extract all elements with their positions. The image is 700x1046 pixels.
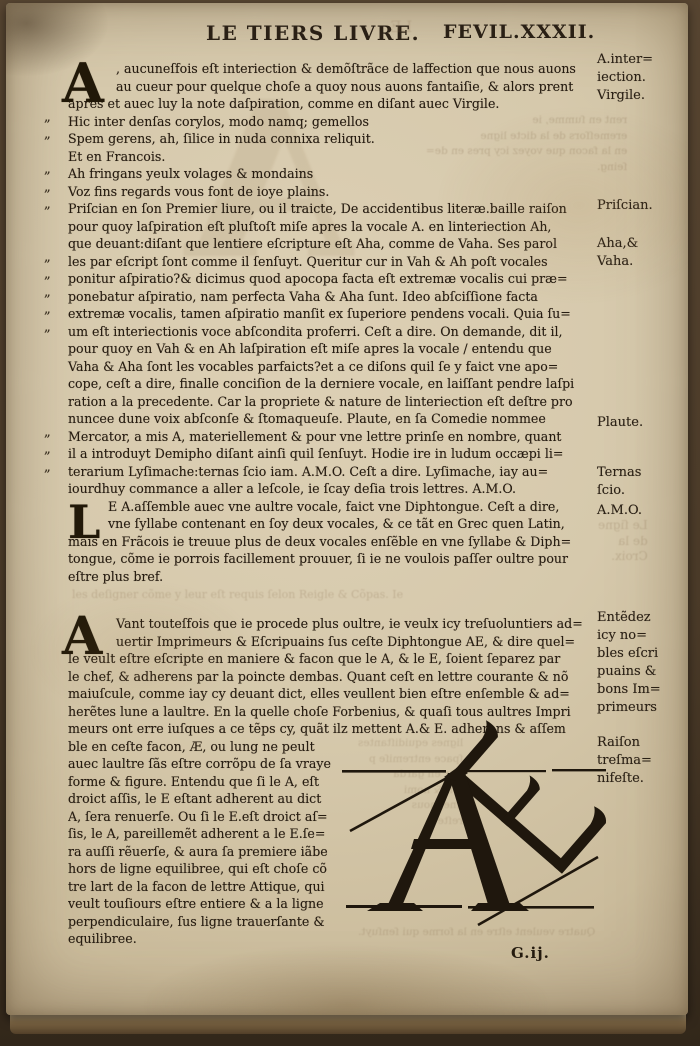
bleedthrough-text: LE (390, 19, 412, 35)
margin-note-line: Vaha. (597, 253, 638, 271)
text-line: uertir Imprimeurs & Eſcripuains ſus ceſt… (116, 633, 592, 651)
text-line: mais en Frãcois ie treuue plus de deux v… (68, 533, 592, 551)
quote-mark: „ (44, 424, 51, 442)
text-line-content: ra auſſi rẽuerſe, & aura ſa premiere iãb… (68, 844, 328, 859)
text-line-content: ble en ceſte facon, Æ, ou lung ne peult (68, 739, 315, 754)
text-line-content: tongue, cõme ie porrois facillement prou… (68, 551, 568, 566)
text-line-content: Hic inter denſas corylos, modo namq; gem… (68, 114, 369, 129)
quote-mark: „ (44, 319, 51, 337)
text-line: ble en ceſte facon, Æ, ou lung ne peult (68, 738, 386, 756)
quote-mark: „ (44, 266, 51, 284)
text-line-content: il a introduyt Demipho diſant ainſi quil… (68, 446, 563, 461)
text-line: perpendiculaire, ſus ligne trauerſante & (68, 913, 386, 931)
text-line: „Priſcian en ſon Premier liure, ou il tr… (68, 200, 592, 218)
text-line: „um eſt interiectionis voce abſcondita p… (68, 323, 592, 341)
text-line-content: ſis, le A, pareillemẽt adherent a le E.ſ… (68, 826, 325, 841)
quote-mark: „ (44, 161, 51, 179)
margin-note-line: iection. (597, 69, 653, 87)
text-line: forme & figure. Entendu que ſi le A, eſt (68, 773, 386, 791)
text-line: ſis, le A, pareillemẽt adherent a le E.ſ… (68, 825, 386, 843)
text-line: „extremæ vocalis, tamen aſpiratio manſit… (68, 305, 592, 323)
text-line-content: au cueur pour quelque choſe a quoy nous … (116, 79, 573, 94)
text-line: „Mercator, a mis A, materiellement & pou… (68, 428, 592, 446)
letter-A (367, 767, 529, 911)
margin-note: Plaute. (597, 414, 643, 432)
drop-cap: A (62, 56, 104, 110)
text-line: „terarium Lyſimache:ternas ſcio iam. A.M… (68, 463, 592, 481)
text-line-content: Ah fringans yeulx volages & mondains (68, 166, 313, 181)
margin-note: Priſcian. (597, 197, 653, 215)
text-line-content: iourdhuy commance a aller a leſcole, ie … (68, 481, 516, 496)
text-line: vne ſyllabe contenant en ſoy deux vocale… (108, 515, 592, 533)
text-line: droict aſſis, le E eſtant adherent au di… (68, 790, 386, 808)
text-line-content: veult touſiours eſtre entiere & a la lig… (68, 896, 324, 911)
margin-note: A.inter=iection.Virgile. (597, 51, 653, 105)
text-line: le chef, & adherens par la poincte demba… (68, 668, 592, 686)
quote-mark: „ (44, 301, 51, 319)
text-line-content: E A.aſſemble auec vne aultre vocale, fai… (108, 499, 559, 514)
bleedthrough-text: Le ſignede laCroix. (598, 518, 648, 565)
margin-note-line: puains & (597, 663, 661, 681)
text-line-content: ponitur aſpiratio?& dicimus quod apocopa… (68, 271, 568, 286)
text-line: iourdhuy commance a aller a leſcole, ie … (68, 480, 592, 498)
running-header: LE TIERS LIVRE. FEVIL.XXXII. (6, 21, 688, 47)
text-line: „ponitur aſpiratio?& dicimus quod apocop… (68, 270, 592, 288)
margin-note-line: Plaute. (597, 414, 643, 432)
margin-note-line: Ternas (597, 464, 641, 482)
margin-note-line: Priſcian. (597, 197, 653, 215)
signature-mark: G.ij. (511, 944, 550, 962)
text-line: eſtre plus bref. (68, 568, 592, 586)
margin-note: Ternasſcio. (597, 464, 641, 500)
quote-mark: „ (44, 441, 51, 459)
text-line: „il a introduyt Demipho diſant ainſi qui… (68, 445, 592, 463)
text-line: veult touſiours eſtre entiere & a la lig… (68, 895, 386, 913)
ae-ligature-figure (340, 719, 608, 969)
text-line-content: que deuant:diſant que lentiere eſcriptur… (68, 236, 557, 251)
margin-note-line: bles eſcri (597, 645, 661, 663)
margin-note: Aha,&Vaha. (597, 235, 638, 271)
margin-note-line: Virgile. (597, 87, 653, 105)
photo-background: A LE TIERS LIVRE. FEVIL.XXXII. , aucuneſ… (0, 0, 700, 1046)
bleedthrough-text: les deſigner cõme y leur eſt requis ſelo… (72, 587, 403, 603)
book-page: A LE TIERS LIVRE. FEVIL.XXXII. , aucuneſ… (6, 3, 688, 1015)
text-line: cope, ceſt a dire, finalle conciſion de … (68, 375, 592, 393)
text-line-content: nuncee dune voix abſconſe & ſtomaqueuſe.… (68, 411, 546, 426)
text-line-content: auec laultre ſãs eſtre corrõpu de ſa vra… (68, 756, 331, 771)
text-line: pour quoy laſpiration eſt pluſtoſt miſe … (68, 218, 592, 236)
text-line-content: uertir Imprimeurs & Eſcripuains ſus ceſt… (116, 634, 575, 649)
text-line: auec laultre ſãs eſtre corrõpu de ſa vra… (68, 755, 386, 773)
text-line-content: pour quoy laſpiration eſt pluſtoſt miſe … (68, 219, 551, 234)
quote-mark: „ (44, 109, 51, 127)
bleedthrough-text: rent en ſumme, ieeremeſſors de la dicte … (426, 113, 627, 175)
text-line-content: mais en Frãcois ie treuue plus de deux v… (68, 534, 571, 549)
text-line: Vant touteſfois que ie procede plus oult… (116, 615, 592, 633)
text-line-content: ponebatur aſpiratio, nam perfecta Vaha &… (68, 289, 538, 304)
text-line: equilibree. (68, 930, 386, 948)
margin-note-line: A.inter= (597, 51, 653, 69)
text-line: nuncee dune voix abſconſe & ſtomaqueuſe.… (68, 410, 592, 428)
text-line-content: , aucuneſfois eſt interiection & demõſtr… (116, 61, 576, 76)
margin-note-line: Entẽdez (597, 609, 661, 627)
text-line: E A.aſſemble auec vne aultre vocale, fai… (108, 498, 592, 516)
text-line: Vaha & Aha ſont les vocables parfaicts?e… (68, 358, 592, 376)
text-line-content: apres et auec luy la note daſpiration, c… (68, 96, 499, 111)
text-line-content: tre lart de la facon de lettre Attique, … (68, 879, 325, 894)
text-line: ra auſſi rẽuerſe, & aura ſa premiere iãb… (68, 843, 386, 861)
quote-mark: „ (44, 459, 51, 477)
running-title: LE TIERS LIVRE. (206, 21, 420, 45)
text-line: le veult eſtre eſcripte en maniere & fac… (68, 650, 592, 668)
text-line: „ponebatur aſpiratio, nam perfecta Vaha … (68, 288, 592, 306)
quote-mark: „ (44, 196, 51, 214)
margin-note-line: bons Im= (597, 681, 661, 699)
text-line-content: eſtre plus bref. (68, 569, 163, 584)
text-line-content: ration a la precedente. Car la propriete… (68, 394, 573, 409)
text-line: maiuſcule, comme iay cy deuant dict, ell… (68, 685, 592, 703)
text-line: apres et auec luy la note daſpiration, c… (68, 95, 592, 113)
folio-number: FEVIL.XXXII. (443, 21, 595, 43)
text-line-content: Spem gerens, ah, ſilice in nuda connixa … (68, 131, 375, 146)
text-line-content: Et en Francois. (68, 149, 165, 164)
text-line: herẽtes lune a laultre. En la quelle cho… (68, 703, 592, 721)
quote-mark: „ (44, 126, 51, 144)
text-line: , aucuneſfois eſt interiection & demõſtr… (116, 60, 592, 78)
text-line-content: extremæ vocalis, tamen aſpiratio manſit … (68, 306, 571, 321)
text-line-content: pour quoy en Vah & en Ah laſpiration eſt… (68, 341, 552, 356)
text-line-content: Priſcian en ſon Premier liure, ou il tra… (68, 201, 567, 216)
page-bottom-edge (10, 1012, 686, 1034)
text-line: pour quoy en Vah & en Ah laſpiration eſt… (68, 340, 592, 358)
text-line-content: um eſt interiectionis voce abſcondita pr… (68, 324, 563, 339)
text-line: „les par eſcript ſont comme il ſenſuyt. … (68, 253, 592, 271)
quote-mark: „ (44, 249, 51, 267)
text-line-content: maiuſcule, comme iay cy deuant dict, ell… (68, 686, 570, 701)
drop-cap: L (68, 499, 100, 545)
text-line-content: perpendiculaire, ſus ligne trauerſante & (68, 914, 325, 929)
text-line-content: A, ſera renuerſe. Ou ſi le E.eſt droict … (68, 809, 328, 824)
text-line: ration a la precedente. Car la propriete… (68, 393, 592, 411)
margin-note-line: primeurs (597, 699, 661, 717)
margin-note-line: ſcio. (597, 482, 641, 500)
drop-cap: A (62, 611, 102, 663)
text-line-content: Mercator, a mis A, materiellement & pour… (68, 429, 562, 444)
quote-mark: „ (44, 179, 51, 197)
text-line-content: forme & figure. Entendu que ſi le A, eſt (68, 774, 319, 789)
text-line-content: droict aſſis, le E eſtant adherent au di… (68, 791, 321, 806)
text-line-content: le chef, & adherens par la poincte demba… (68, 669, 569, 684)
margin-note: Entẽdezicy no=bles eſcripuains &bons Im=… (597, 609, 661, 717)
text-line-content: les par eſcript ſont comme il ſenſuyt. Q… (68, 254, 548, 269)
margin-note-line: icy no= (597, 627, 661, 645)
text-line-content: Vaha & Aha ſont les vocables parfaicts?e… (68, 359, 558, 374)
text-line: au cueur pour quelque choſe a quoy nous … (116, 78, 592, 96)
text-line-content: terarium Lyſimache:ternas ſcio iam. A.M.… (68, 464, 548, 479)
text-line: hors de ligne equilibree, qui eſt choſe … (68, 860, 386, 878)
quote-mark: „ (44, 284, 51, 302)
text-line: tre lart de la facon de lettre Attique, … (68, 878, 386, 896)
text-line: „Voz fins regards vous font de ioye plai… (68, 183, 592, 201)
text-line-content: hors de ligne equilibree, qui eſt choſe … (68, 861, 327, 876)
text-line: tongue, cõme ie porrois facillement prou… (68, 550, 592, 568)
text-line-content: Voz fins regards vous font de ioye plain… (68, 184, 329, 199)
text-line: A, ſera renuerſe. Ou ſi le E.eſt droict … (68, 808, 386, 826)
margin-note-line: Aha,& (597, 235, 638, 253)
text-line: que deuant:diſant que lentiere eſcriptur… (68, 235, 592, 253)
text-line-content: Vant touteſfois que ie procede plus oult… (116, 616, 583, 631)
text-line-content: le veult eſtre eſcripte en maniere & fac… (68, 651, 560, 666)
text-line-content: vne ſyllabe contenant en ſoy deux vocale… (108, 516, 565, 531)
text-line-content: equilibree. (68, 931, 137, 946)
text-line-content: cope, ceſt a dire, finalle conciſion de … (68, 376, 574, 391)
text-line-content: herẽtes lune a laultre. En la quelle cho… (68, 704, 571, 719)
